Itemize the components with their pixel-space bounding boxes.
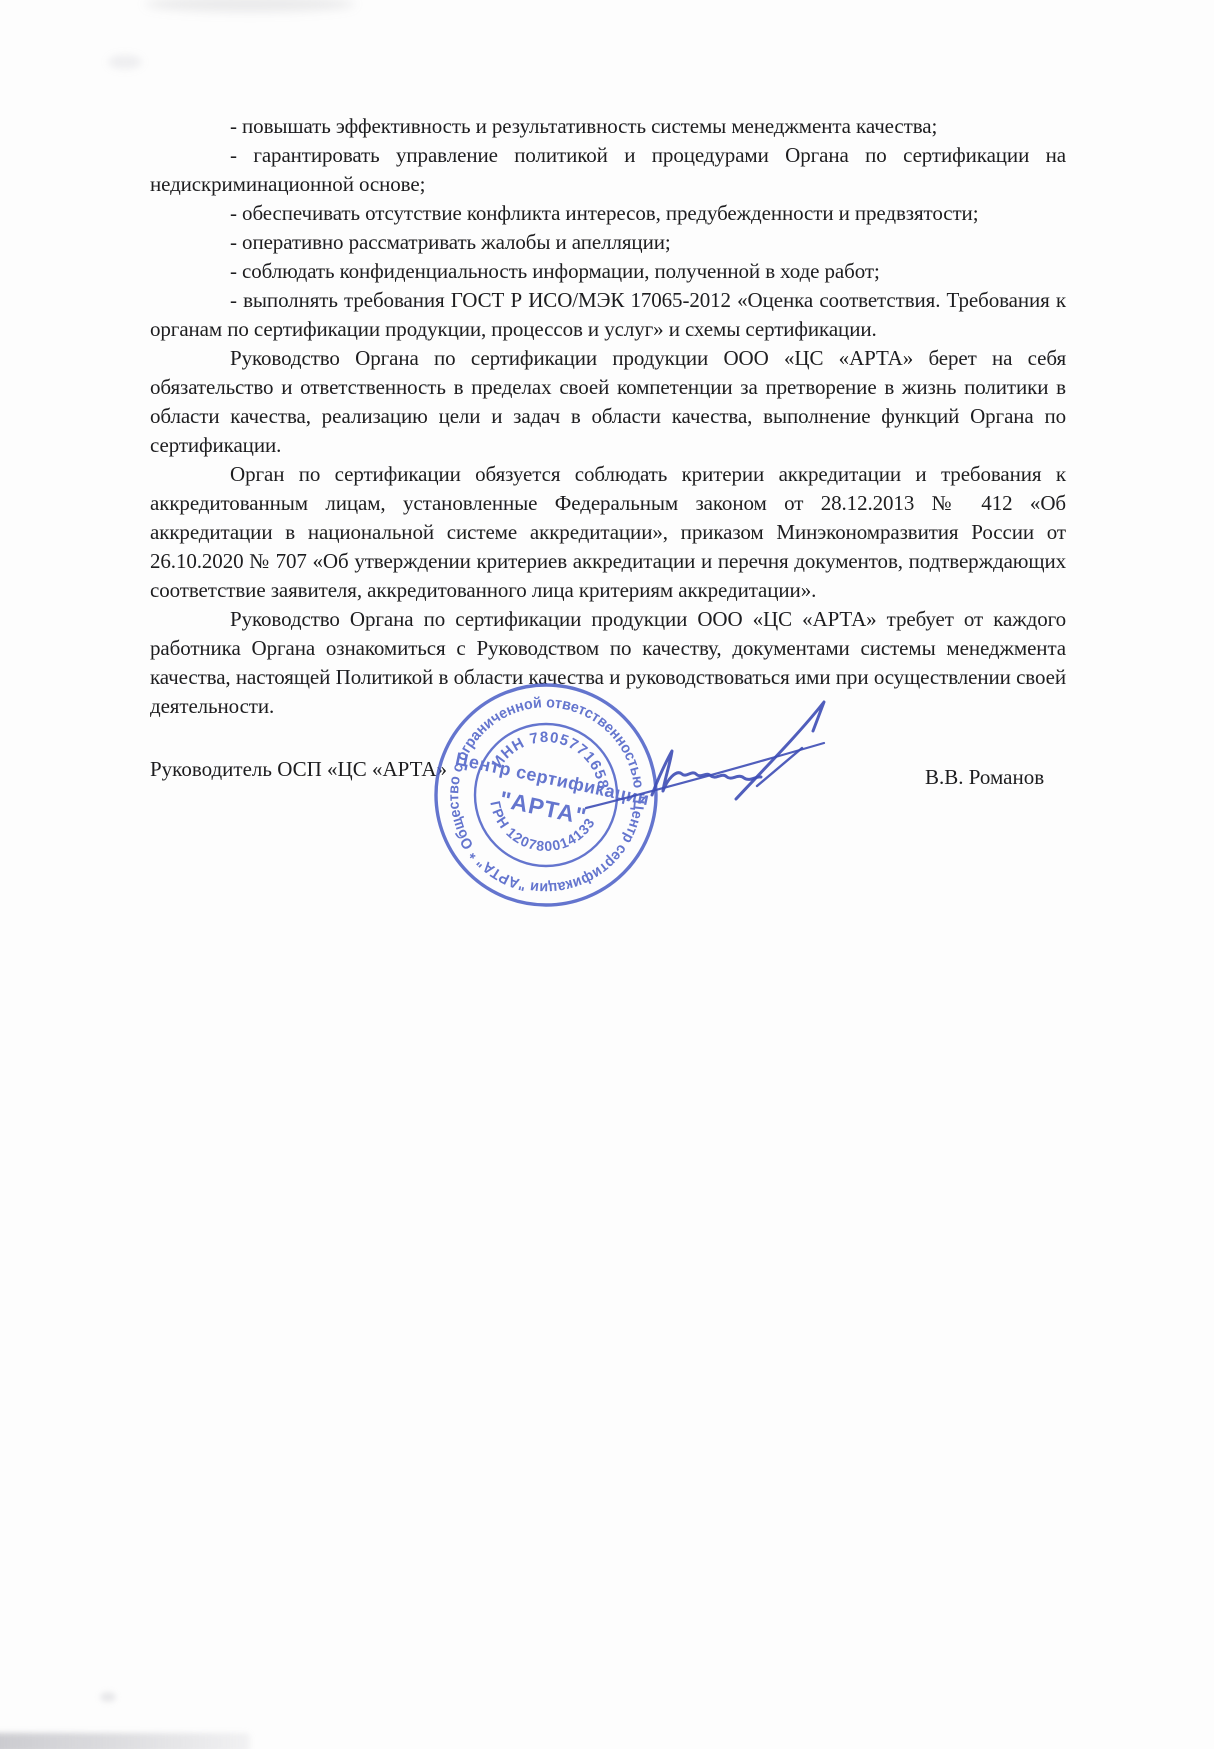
policy-bullet-6: - выполнять требования ГОСТ Р ИСО/МЭК 17… <box>150 286 1066 344</box>
policy-bullet-1: - повышать эффективность и результативно… <box>150 112 1066 141</box>
scan-artifact <box>145 0 355 12</box>
scan-artifact <box>108 55 142 69</box>
policy-bullet-2: - гарантировать управление политикой и п… <box>150 141 1066 199</box>
signature-slash <box>736 702 824 799</box>
policy-bullet-4: - оперативно рассматривать жалобы и апел… <box>150 228 1066 257</box>
policy-bullet-5: - соблюдать конфиденциальность информаци… <box>150 257 1066 286</box>
scan-artifact <box>0 1733 250 1749</box>
policy-bullet-3: - обеспечивать отсутствие конфликта инте… <box>150 199 1066 228</box>
signer-name: В.В. Романов <box>925 765 1044 790</box>
document-page: - повышать эффективность и результативно… <box>0 0 1214 1749</box>
policy-paragraph-management: Руководство Органа по сертификации проду… <box>150 344 1066 460</box>
scan-artifact <box>100 1692 116 1702</box>
handwritten-signature <box>540 615 870 845</box>
policy-paragraph-accreditation: Орган по сертификации обязуется соблюдат… <box>150 460 1066 605</box>
